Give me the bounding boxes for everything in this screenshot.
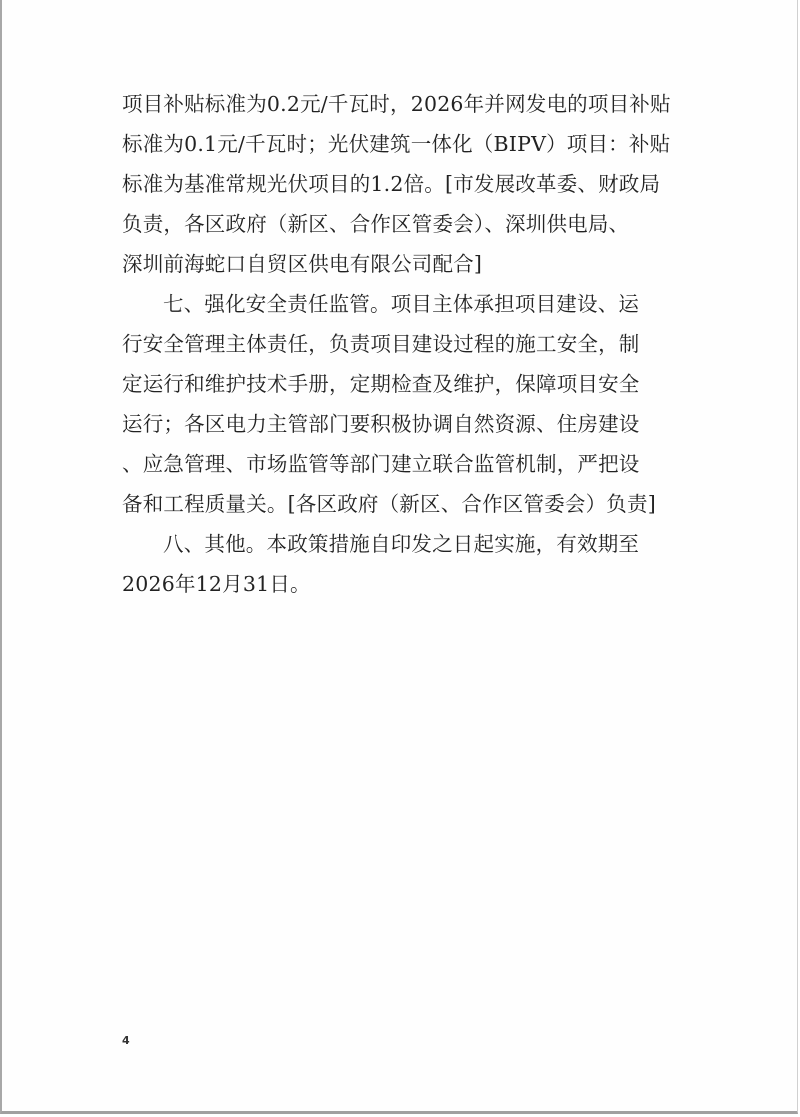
section-heading-line: 七、强化安全责任监管。项目主体承担项目建设、运 xyxy=(122,284,682,324)
paragraph-subsidy-continued: 项目补贴标准为0.2元/千瓦时，2026年并网发电的项目补贴 标准为0.1元/千… xyxy=(122,84,682,284)
text-line: 2026年12月31日。 xyxy=(122,564,682,604)
text-line: 备和工程质量关。[各区政府（新区、合作区管委会）负责] xyxy=(122,484,682,524)
text-line: 标准为0.1元/千瓦时；光伏建筑一体化（BIPV）项目：补贴 xyxy=(122,124,682,164)
paragraph-section-7-safety: 七、强化安全责任监管。项目主体承担项目建设、运 行安全管理主体责任，负责项目建设… xyxy=(122,284,682,524)
paragraph-section-8-other: 八、其他。本政策措施自印发之日起实施，有效期至 2026年12月31日。 xyxy=(122,524,682,604)
text-line: 深圳前海蛇口自贸区供电有限公司配合] xyxy=(122,244,682,284)
text-line: 项目补贴标准为0.2元/千瓦时，2026年并网发电的项目补贴 xyxy=(122,84,682,124)
document-body: 项目补贴标准为0.2元/千瓦时，2026年并网发电的项目补贴 标准为0.1元/千… xyxy=(122,84,682,604)
text-line: 、应急管理、市场监管等部门建立联合监管机制，严把设 xyxy=(122,444,682,484)
page-number: 4 xyxy=(122,1034,130,1047)
document-page: 项目补贴标准为0.2元/千瓦时，2026年并网发电的项目补贴 标准为0.1元/千… xyxy=(0,0,798,1114)
text-line: 运行；各区电力主管部门要积极协调自然资源、住房建设 xyxy=(122,404,682,444)
text-line: 标准为基准常规光伏项目的1.2倍。[市发展改革委、财政局 xyxy=(122,164,682,204)
text-line: 行安全管理主体责任，负责项目建设过程的施工安全，制 xyxy=(122,324,682,364)
text-line: 负责，各区政府（新区、合作区管委会）、深圳供电局、 xyxy=(122,204,682,244)
section-heading-line: 八、其他。本政策措施自印发之日起实施，有效期至 xyxy=(122,524,682,564)
text-line: 定运行和维护技术手册，定期检查及维护，保障项目安全 xyxy=(122,364,682,404)
